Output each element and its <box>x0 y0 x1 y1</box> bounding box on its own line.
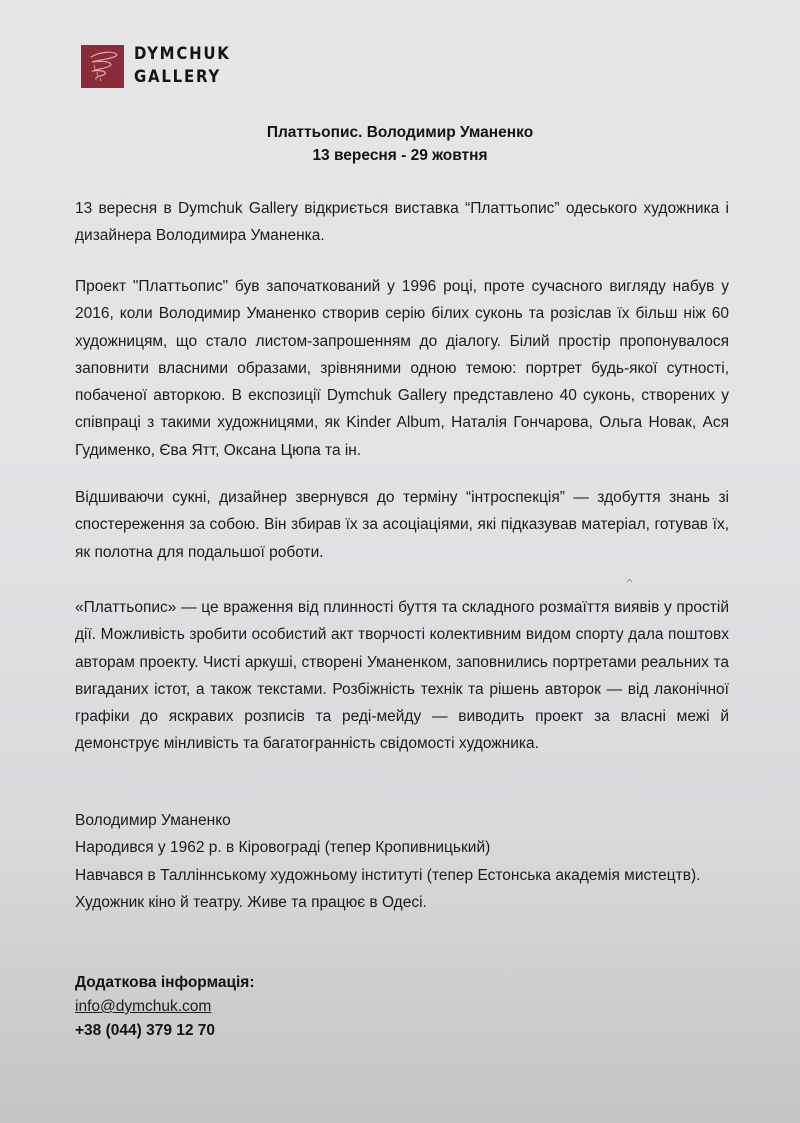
paragraph-text: «Платтьопис» — це враження від плинності… <box>75 594 729 758</box>
paragraph-introspection: Відшиваючи сукні, дизайнер звернувся до … <box>75 484 729 566</box>
logo-line-2: GALLERY <box>134 66 231 89</box>
logo-wordmark: DYMCHUK GALLERY <box>134 43 231 89</box>
exhibition-dates: 13 вересня - 29 жовтня <box>0 144 800 167</box>
artist-birth: Народився у 1962 р. в Кіровограді (тепер… <box>75 834 729 861</box>
paragraph-intro: 13 вересня в Dymchuk Gallery відкриється… <box>75 195 729 250</box>
swirl-icon <box>81 45 124 88</box>
artist-bio: Володимир Уманенко Народився у 1962 р. в… <box>75 807 729 916</box>
press-release-page: DYMCHUK GALLERY Платтьопис. Володимир Ум… <box>0 0 800 1123</box>
paragraph-text: 13 вересня в Dymchuk Gallery відкриється… <box>75 195 729 250</box>
document-heading: Платтьопис. Володимир Уманенко 13 вересн… <box>0 121 800 167</box>
contact-label: Додаткова інформація: <box>75 971 255 995</box>
logo-line-1: DYMCHUK <box>134 43 231 66</box>
email-link[interactable]: info@dymchuk.com <box>75 995 211 1019</box>
paragraph-text: Проект "Платтьопис" був започаткований у… <box>75 273 729 464</box>
paragraph-project-history: Проект "Платтьопис" був започаткований у… <box>75 273 729 464</box>
contact-info: Додаткова інформація: info@dymchuk.com +… <box>75 971 255 1043</box>
paragraph-text: Відшиваючи сукні, дизайнер звернувся до … <box>75 484 729 566</box>
artist-name: Володимир Уманенко <box>75 807 729 834</box>
gallery-logo: DYMCHUK GALLERY <box>81 43 244 89</box>
artist-occupation: Художник кіно й театру. Живе та працює в… <box>75 889 729 916</box>
phone-number: +38 (044) 379 12 70 <box>75 1019 255 1043</box>
exhibition-title: Платтьопис. Володимир Уманенко <box>0 121 800 144</box>
paper-speck <box>627 579 632 582</box>
artist-education: Навчався в Талліннському художньому інст… <box>75 862 729 889</box>
paragraph-concept: «Платтьопис» — це враження від плинності… <box>75 594 729 758</box>
